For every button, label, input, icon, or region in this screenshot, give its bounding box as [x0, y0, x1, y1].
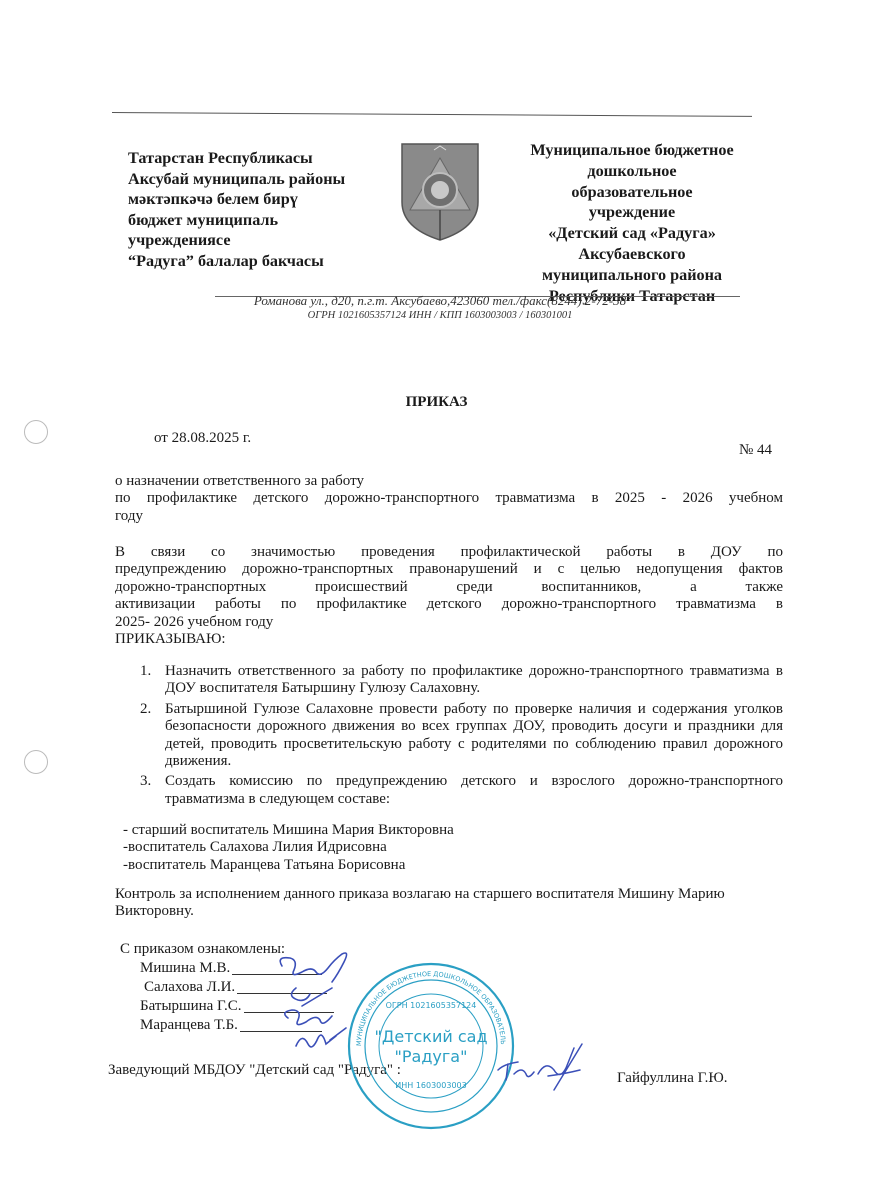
- official-stamp: "Детский сад "Радуга" ОГРН 1021605357124…: [345, 960, 517, 1132]
- preamble-line: 2025- 2026 учебном году: [115, 614, 783, 631]
- order-word: ПРИКАЗЫВАЮ:: [115, 631, 783, 648]
- commission-members: - старший воспитатель Мишина Мария Викто…: [115, 822, 454, 874]
- document-number: № 44: [739, 442, 772, 459]
- order-items: 1. Назначить ответственного за работу по…: [140, 663, 783, 811]
- header-tatar-name: Татарстан Республикасы Аксубай муниципал…: [128, 148, 345, 271]
- header-right-line: Аксубаевского: [508, 244, 756, 265]
- document-title: ПРИКАЗ: [0, 394, 873, 411]
- top-rule: [112, 112, 752, 117]
- order-item: 1. Назначить ответственного за работу по…: [140, 663, 783, 698]
- item-text: Создать комиссию по предупреждению детск…: [165, 773, 783, 806]
- head-signature-icon: [494, 1040, 594, 1100]
- header-russian-name: Муниципальное бюджетное дошкольное образ…: [508, 140, 756, 306]
- stamp-text: "Детский сад: [374, 1027, 487, 1046]
- registration-line: ОГРН 1021605357124 ИНН / КПП 1603003003 …: [200, 308, 680, 323]
- header-left-line: мәктәпкәчә белем бирү: [128, 189, 345, 210]
- item-number: 3.: [140, 773, 151, 790]
- header-right-line: дошкольное: [508, 161, 756, 182]
- header-right-line: «Детский сад «Радуга»: [508, 223, 756, 244]
- ack-name: Мишина М.В.: [140, 959, 230, 978]
- item-number: 2.: [140, 701, 151, 718]
- header-right-line: учреждение: [508, 202, 756, 223]
- subject-line: году: [115, 508, 783, 525]
- header-right-line: Муниципальное бюджетное: [508, 140, 756, 161]
- header-right-line: образовательное: [508, 182, 756, 203]
- header-left-line: Татарстан Республикасы: [128, 148, 345, 169]
- svg-text:"Радуга": "Радуга": [395, 1047, 468, 1066]
- header-left-line: “Радуга” балалар бакчасы: [128, 251, 345, 272]
- item-number: 1.: [140, 663, 151, 680]
- preamble-line: дорожно-транспортных происшествий среди …: [115, 579, 783, 596]
- header-left-line: бюджет муниципаль: [128, 210, 345, 231]
- preamble-line: В связи со значимостью проведения профил…: [115, 544, 783, 561]
- preamble: В связи со значимостью проведения профил…: [115, 544, 783, 648]
- member-line: - старший воспитатель Мишина Мария Викто…: [115, 822, 454, 839]
- member-line: -воспитатель Маранцева Татьяна Борисовна: [115, 857, 454, 874]
- member-line: -воспитатель Салахова Лилия Идрисовна: [115, 839, 454, 856]
- preamble-line: активизации работы по профилактике детск…: [115, 596, 783, 613]
- svg-text:ОГРН 1021605357124: ОГРН 1021605357124: [386, 1001, 477, 1010]
- document-subject: о назначении ответственного за работу по…: [115, 473, 783, 525]
- punch-hole-top: [24, 420, 48, 444]
- address-line: Романова ул., д20, п.г.т. Аксубаево,4230…: [200, 293, 680, 308]
- ack-name: Маранцева Т.Б.: [140, 1016, 238, 1035]
- preamble-line: предупреждению дорожно-транспортных прав…: [115, 561, 783, 578]
- header-left-line: Аксубай муниципаль районы: [128, 169, 345, 190]
- header-right-line: муниципального района: [508, 265, 756, 286]
- control-clause: Контроль за исполнением данного приказа …: [115, 886, 755, 921]
- ack-name: Батыршина Г.С.: [140, 997, 242, 1016]
- subject-line: по профилактике детского дорожно-транспо…: [115, 490, 783, 507]
- ack-name: Салахова Л.И.: [144, 978, 235, 997]
- order-item: 3. Создать комиссию по предупреждению де…: [140, 773, 783, 808]
- subject-line: о назначении ответственного за работу: [115, 473, 783, 490]
- order-item: 2. Батыршиной Гулюзе Салаховне провести …: [140, 701, 783, 771]
- header-left-line: учреждениясе: [128, 230, 345, 251]
- document-date: от 28.08.2025 г.: [154, 430, 251, 447]
- svg-text:ИНН 1603003003: ИНН 1603003003: [395, 1081, 466, 1090]
- coat-of-arms-emblem: [398, 140, 482, 244]
- punch-hole-bottom: [24, 750, 48, 774]
- item-text: Назначить ответственного за работу по пр…: [165, 663, 783, 696]
- head-name: Гайфуллина Г.Ю.: [617, 1070, 728, 1087]
- item-text: Батыршиной Гулюзе Салаховне провести раб…: [165, 701, 783, 769]
- address-block: Романова ул., д20, п.г.т. Аксубаево,4230…: [200, 293, 680, 323]
